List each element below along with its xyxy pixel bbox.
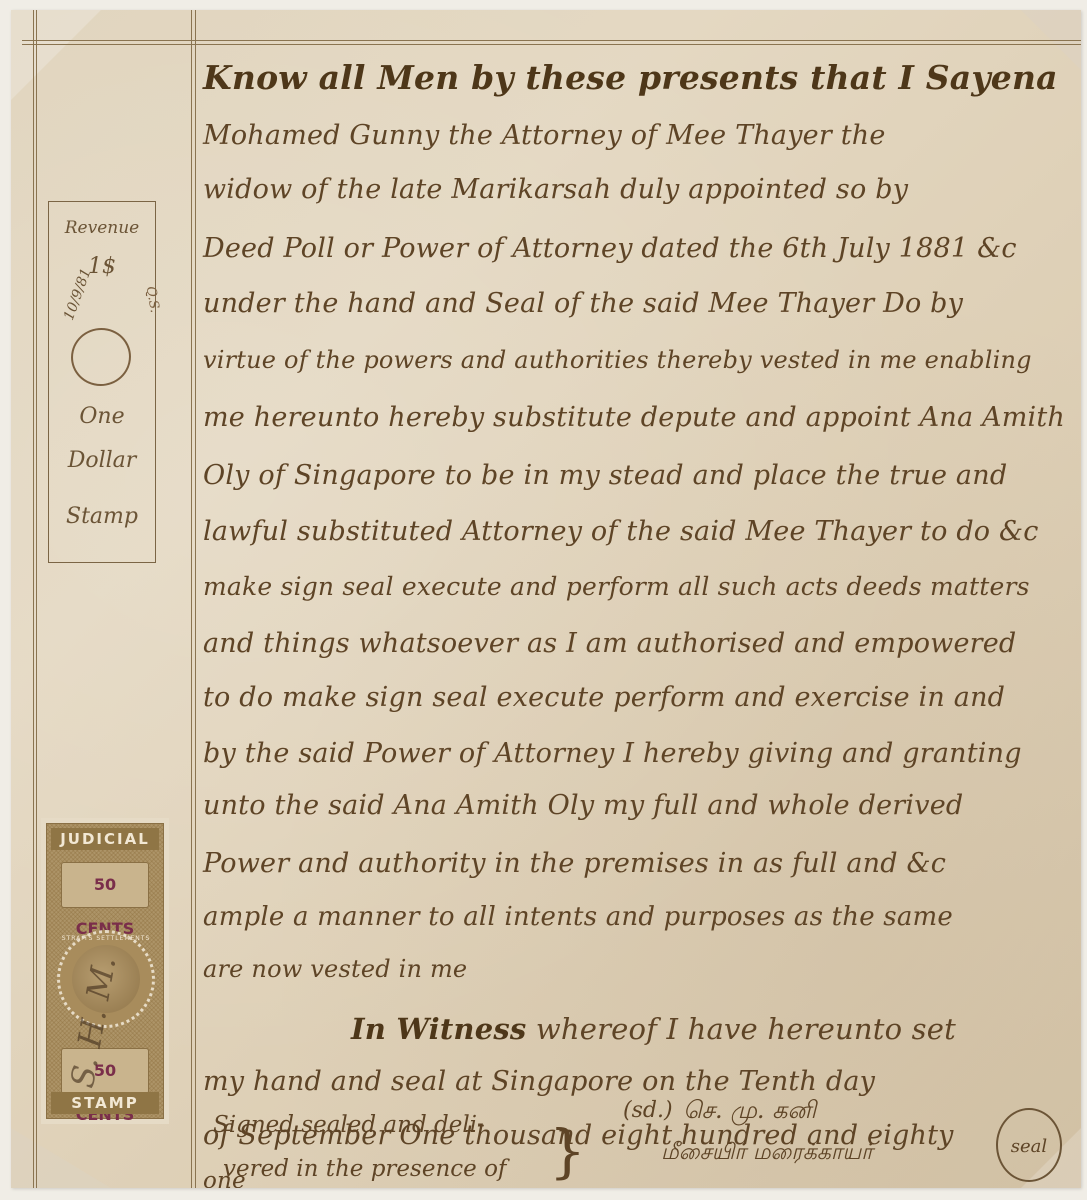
deed-line: widow of the late Marikarsah duly appoin… — [203, 174, 908, 205]
deed-line: by the said Power of Attorney I hereby g… — [203, 738, 1022, 769]
corner-fold — [11, 10, 101, 100]
revenue-line-stamp: Stamp — [49, 504, 155, 529]
revenue-line-one: One — [49, 404, 155, 429]
brace-icon: } — [549, 1122, 586, 1180]
deed-line: lawful substituted Attorney of the said … — [203, 516, 1039, 547]
deed-line: ample a manner to all intents and purpos… — [203, 902, 953, 932]
deed-line: me hereunto hereby substitute depute and… — [203, 402, 1065, 433]
deed-line: under the hand and Seal of the said Mee … — [203, 288, 963, 319]
attestation-line: vered in the presence of — [223, 1156, 506, 1182]
header-rule — [22, 44, 1081, 45]
header-rule — [22, 40, 1081, 41]
tamil-signature-line: மீசையிர் மரைக்காயர் — [661, 1140, 873, 1168]
deed-line: my hand and seal at Singapore on the Ten… — [203, 1066, 875, 1097]
revenue-line-dollar: Dollar — [49, 448, 155, 473]
margin-rule — [36, 10, 37, 1188]
cancellation-initials: Q.S. — [143, 285, 162, 314]
revenue-title: Revenue — [49, 218, 155, 238]
deed-line: are now vested in me — [203, 955, 467, 983]
signature-prefix: (sd.) — [623, 1098, 673, 1123]
deed-line: unto the said Ana Amith Oly my full and … — [203, 790, 963, 821]
tamil-signature-line: செ. மு. கனி — [683, 1096, 816, 1127]
document-page: Revenue 1$ 10/9/81 Q.S. One Dollar Stamp… — [11, 10, 1081, 1188]
margin-rule — [191, 10, 192, 1188]
deed-line: Power and authority in the premises in a… — [203, 848, 946, 879]
margin-rule — [195, 10, 196, 1188]
witness-rest: whereof I have hereunto set — [526, 1012, 956, 1046]
cancellation-mark-icon — [66, 323, 135, 391]
witness-clause: In Witness whereof I have hereunto set — [351, 1012, 956, 1046]
attestation-line: Signed sealed and deli- — [213, 1112, 485, 1138]
margin-rule — [33, 10, 34, 1188]
stamp-engraving: JUDICIAL 50 CENTS STRAITS SETTLEMENTS 50… — [46, 823, 164, 1119]
deed-line: and things whatsoever as I am authorised… — [203, 628, 1016, 659]
corner-fold — [11, 1128, 111, 1188]
deed-line: virtue of the powers and authorities the… — [203, 346, 1032, 374]
witness-opening: In Witness — [351, 1012, 526, 1046]
deed-line: Deed Poll or Power of Attorney dated the… — [203, 233, 1017, 264]
deed-line: Know all Men by these presents that I Sa… — [203, 58, 1058, 97]
deed-line: Oly of Singapore to be in my stead and p… — [203, 460, 1007, 491]
stamp-medallion-legend: STRAITS SETTLEMENTS — [60, 935, 152, 942]
judicial-stamp: JUDICIAL 50 CENTS STRAITS SETTLEMENTS 50… — [41, 818, 169, 1124]
stamp-upper-value: 50 CENTS — [61, 862, 149, 908]
stamp-top-band: JUDICIAL — [51, 828, 159, 850]
revenue-stamp-box: Revenue 1$ 10/9/81 Q.S. One Dollar Stamp — [48, 201, 156, 563]
deed-line: to do make sign seal execute perform and… — [203, 682, 1005, 713]
stamp-bottom-band: STAMP — [51, 1092, 159, 1114]
revenue-amount: 1$ — [49, 254, 155, 279]
deed-line: make sign seal execute and perform all s… — [203, 572, 1030, 601]
seal-mark: seal — [996, 1108, 1062, 1182]
deed-line: Mohamed Gunny the Attorney of Mee Thayer… — [203, 120, 886, 151]
